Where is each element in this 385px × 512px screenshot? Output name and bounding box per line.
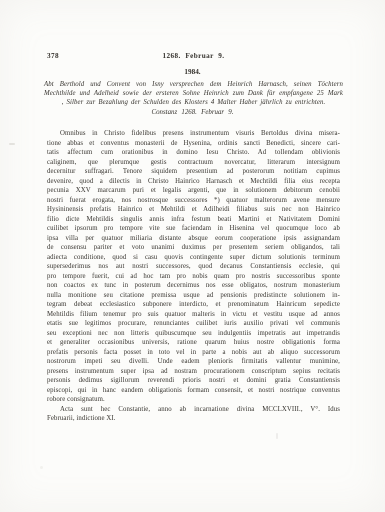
text-line: Omnibus in Christo fidelibus presens ins…	[47, 129, 340, 139]
regest-number: 1984.	[0, 68, 385, 76]
page-number: 378	[47, 52, 59, 60]
text-line: ipsa villa per quatuor miliaria distante…	[47, 234, 340, 244]
text-line: de consensu pariter et voto unanimi duxi…	[47, 243, 340, 253]
text-line: Abt Berthold und Convent von Isny verspr…	[44, 81, 343, 90]
running-head: 378 1268. Februar 9.	[47, 52, 340, 62]
text-line: seu exceptioni nec non litteris quibuscu…	[47, 329, 340, 339]
text-line: nostrorum impeti seu divelli. Unde eadem…	[47, 357, 340, 367]
text-line: prefatis personis facta posset in toto v…	[47, 348, 340, 358]
text-line: robore consignatum.	[47, 395, 340, 405]
text-line: pro tempore fuerit, cui ad hoc tam pro n…	[47, 272, 340, 282]
text-line: personis dedimus sigillorum reverendi pr…	[47, 376, 340, 386]
text-line: tione abbas et conventus monasterii de H…	[47, 139, 340, 149]
text-line: adiecta conditione, quod si casu quovis …	[47, 253, 340, 263]
scan-artifact	[40, 466, 43, 469]
charter-text: Omnibus in Christo fidelibus presens ins…	[47, 129, 340, 424]
text-line: presens instrumentum super ipsa ad nostr…	[47, 367, 340, 377]
running-header-date: 1268. Februar 9.	[47, 52, 340, 60]
scan-artifact	[276, 433, 278, 439]
text-line: filio dicte Mehtildis singulis annis inf…	[47, 215, 340, 225]
dateline: Constanz 1268. Februar 9.	[0, 109, 385, 116]
text-line: supersederimus nos aut nostri successore…	[47, 262, 340, 272]
text-line: cuilibet ipsorum pro tempore vite sue fa…	[47, 224, 340, 234]
regest-summary: Abt Berthold und Convent von Isny verspr…	[44, 81, 343, 107]
text-line: tatis affectum cum orationibus in domino…	[47, 148, 340, 158]
text-line: nostri fuerat erogata, nos nostrosque su…	[47, 196, 340, 206]
text-line: Hysininensis prefatis Hainrico et Mehtil…	[47, 205, 340, 215]
text-line: etatis sue legitimos procurare, renuncia…	[47, 319, 340, 329]
scanned-book-page: 378 1268. Februar 9. 1984. Abt Berthold …	[0, 0, 385, 512]
text-line: episcopi, qui in hanc eandem obligationi…	[47, 386, 340, 396]
text-line: tegram debeat ecclesiastico subponere in…	[47, 300, 340, 310]
text-line: devenire, quod a dilectis in Christo Hai…	[47, 177, 340, 187]
text-line: , Silber zur Bezahlung der Schulden des …	[44, 99, 343, 108]
text-line: pecunia XXV marcarum puri et legalis arg…	[47, 186, 340, 196]
text-line: decernitur suffragari. Tenore siquidem p…	[47, 167, 340, 177]
text-line: Mehtildis filium tenemur pro suis quatuo…	[47, 310, 340, 320]
text-line: et generaliter occasionibus universis, r…	[47, 338, 340, 348]
text-line: nulla monitione seu citatione premissa u…	[47, 291, 340, 301]
text-line: Februarii, indictione XI.	[47, 414, 340, 424]
text-line: Mechthilde und Adelheid sowie der erster…	[44, 90, 343, 99]
text-line: caliginem, que plerumque gestis contract…	[47, 158, 340, 168]
text-line: non coactos ex tunc in posterum decernim…	[47, 281, 340, 291]
text-line: Acta sunt hec Constantie, anno ab incarn…	[47, 405, 340, 415]
scan-artifact	[9, 143, 15, 145]
